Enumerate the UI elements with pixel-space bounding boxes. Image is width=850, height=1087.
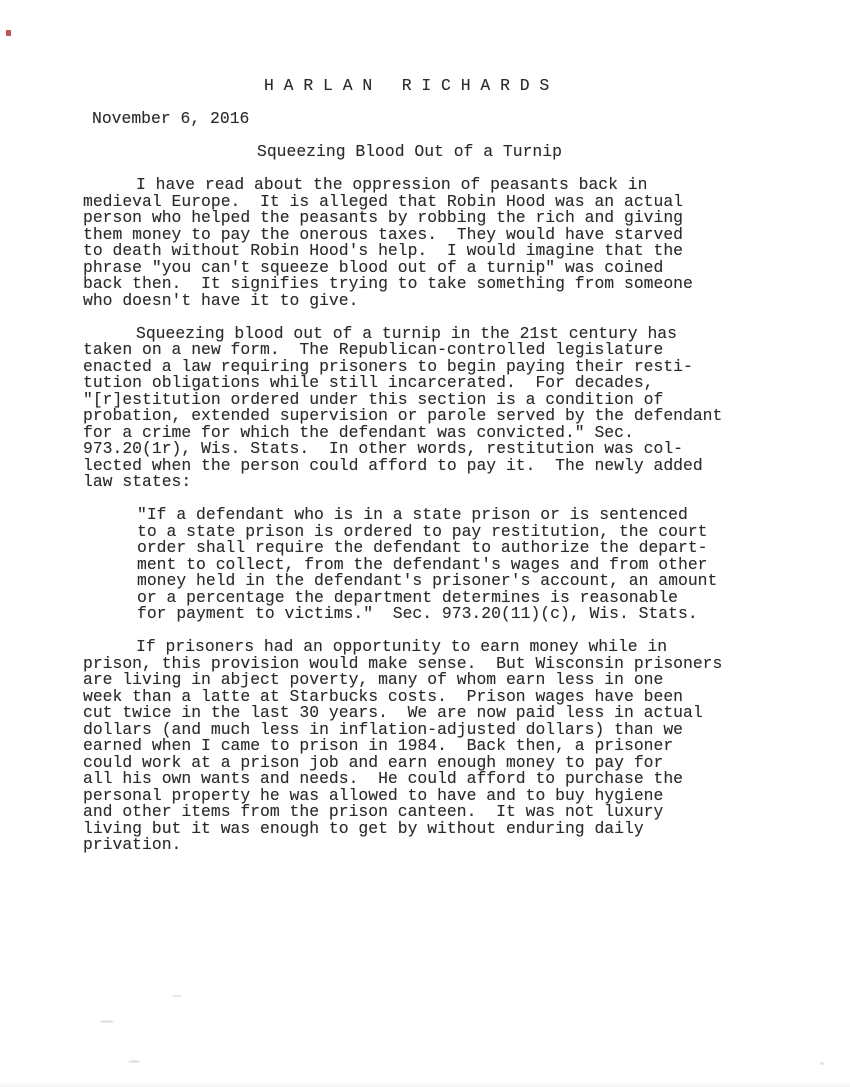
- document-body: H A R L A N R I C H A R D S November 6, …: [83, 78, 773, 854]
- paragraph-1: I have read about the oppression of peas…: [83, 177, 773, 309]
- document-date: November 6, 2016: [92, 111, 773, 128]
- scanned-document-page: H A R L A N R I C H A R D S November 6, …: [0, 0, 850, 1087]
- scan-speck-artifact: [820, 1062, 824, 1065]
- paragraph-2: Squeezing blood out of a turnip in the 2…: [83, 326, 773, 491]
- scan-red-mark-artifact: [6, 30, 11, 36]
- statute-blockquote: "If a defendant who is in a state prison…: [137, 507, 773, 623]
- paragraph-3: If prisoners had an opportunity to earn …: [83, 639, 773, 854]
- scan-speck-artifact: [172, 995, 182, 997]
- scan-bottom-edge-shade: [0, 1082, 850, 1087]
- scan-speck-artifact: [100, 1020, 114, 1023]
- author-name-heading: H A R L A N R I C H A R D S: [264, 78, 773, 95]
- document-title: Squeezing Blood Out of a Turnip: [257, 144, 773, 161]
- scan-speck-artifact: [128, 1060, 140, 1063]
